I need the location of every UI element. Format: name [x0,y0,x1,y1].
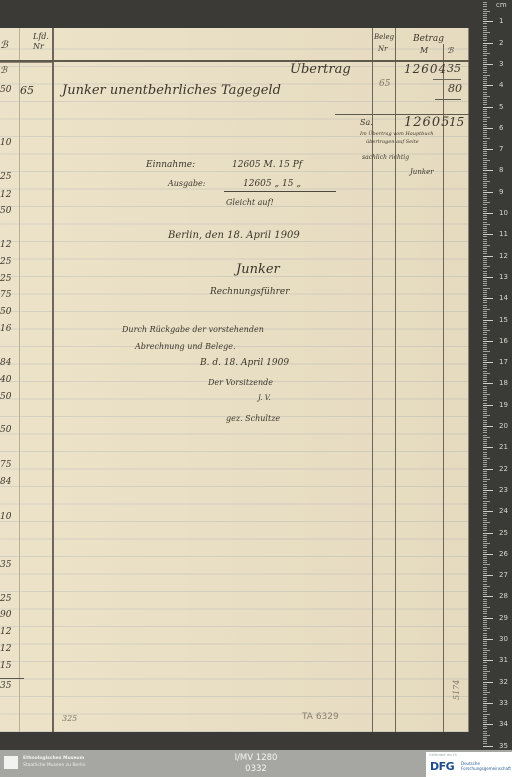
ruler-minor-tick [483,607,490,608]
ruler-label: 8 [499,166,503,174]
ruler-minor-tick [483,586,490,587]
ruler-minor-tick [483,594,487,595]
ruler-minor-tick [483,484,487,485]
ruler-minor-tick [483,613,487,614]
ruler-minor-tick [483,334,487,335]
ruler-minor-tick [483,541,487,542]
ruler-minor-tick [483,411,487,412]
summary-underline [224,191,336,192]
ruler-minor-tick [483,626,487,627]
ruler-minor-tick [483,315,487,316]
ruler-minor-tick [483,166,487,167]
ruler-minor-tick [483,151,487,152]
ruler-minor-tick [483,209,487,210]
ruler-minor-tick [483,126,487,127]
ruler-minor-tick [483,354,487,355]
ruler-tick [483,128,493,129]
ruler-minor-tick [483,430,487,431]
ruler-minor-tick [483,552,487,553]
ruler-minor-tick [483,309,490,310]
ruler-minor-tick [483,89,487,90]
ruler-minor-tick [483,164,487,165]
ruler-label: 4 [499,81,503,89]
ruler-minor-tick [483,300,487,301]
ruler-minor-tick [483,373,490,374]
ruler-minor-tick [483,477,487,478]
margin-value: 25 [0,594,11,604]
ruler-minor-tick [483,505,487,506]
ruler-minor-tick [483,558,487,559]
ruler-minor-tick [483,243,487,244]
ruler-minor-tick [483,288,490,289]
ruler-minor-tick [483,654,487,655]
left-col-header: ℬ [0,40,8,51]
ruler-minor-tick [483,175,487,176]
ruler-minor-tick [483,130,487,131]
ruler-tick [483,234,493,235]
ruler-tick [483,426,493,427]
margin-value: 10 [0,138,11,148]
ruler-minor-tick [483,437,490,438]
ruler-minor-tick [483,454,487,455]
ruler-minor-tick [483,432,487,433]
ruler-minor-tick [483,153,487,154]
ruler-minor-tick [483,677,487,678]
ruler-minor-tick [483,60,487,61]
ruler-tick [483,618,493,619]
ruler-label: 6 [499,124,503,132]
ruler-minor-tick [483,211,487,212]
ruler-minor-tick [483,494,487,495]
ruler-minor-tick [483,345,487,346]
uebertrag-mark: 12604 [404,62,447,76]
ruler-minor-tick [483,356,487,357]
ruler-minor-tick [483,155,487,156]
ruler-minor-tick [483,117,490,118]
ruler-minor-tick [483,573,487,574]
ruler-minor-tick [483,671,490,672]
ruler-minor-tick [483,247,487,248]
ruler-minor-tick [483,271,487,272]
ruler-minor-tick [483,486,487,487]
ruler-minor-tick [483,360,487,361]
margin-total: 35 [0,681,11,691]
betrag-column-header: Betrag [413,34,444,44]
ruler-minor-tick [483,290,487,291]
margin-value: 50 [0,425,11,435]
margin-value: 12 [0,644,11,654]
ruler-label: 24 [499,507,508,515]
ruler-minor-tick [483,439,487,440]
ruler-minor-tick [483,241,487,242]
ruler-minor-tick [483,68,487,69]
ruler-minor-tick [483,251,487,252]
ruler-minor-tick [483,19,487,20]
ruler-minor-tick [483,260,487,261]
summary-date-line: Berlin, den 18. April 1909 [168,230,300,241]
ruler-minor-tick [483,415,490,416]
uebertrag-underline [433,79,461,80]
ruler-minor-tick [483,111,487,112]
ruler-label: 20 [499,422,508,430]
inventory-stamp: TA 6329 [302,712,339,722]
ruler-minor-tick [483,577,487,578]
ruler-minor-tick [483,377,487,378]
ruler-minor-tick [483,232,487,233]
ruler-minor-tick [483,562,487,563]
ruler-minor-tick [483,375,487,376]
ruler-minor-tick [483,224,490,225]
ruler-minor-tick [483,528,487,529]
summary-expense-label: Ausgabe: [168,179,205,188]
ruler-minor-tick [483,134,487,135]
ruler-minor-tick [483,386,487,387]
ruler-minor-tick [483,49,487,50]
mark-column-header: M [420,46,428,55]
ruler-minor-tick [483,609,487,610]
ruler-label: 13 [499,273,508,281]
ruler-minor-tick [483,281,487,282]
ruler-tick [483,554,493,555]
ruler-tick [483,277,493,278]
ruler-minor-tick [483,624,487,625]
ruler-minor-tick [483,428,487,429]
ruler-minor-tick [483,66,487,67]
ruler-minor-tick [483,392,487,393]
ruler-tick [483,596,493,597]
ruler-minor-tick [483,407,487,408]
ruler-minor-tick [483,102,487,103]
total-pf: 15 [449,115,464,129]
ruler-tick [483,533,493,534]
ruler-minor-tick [483,326,487,327]
ruler-tick [483,362,493,363]
ruler-minor-tick [483,330,490,331]
ruler-minor-tick [483,711,487,712]
margin-value: 35 [0,560,11,570]
ruler-tick [483,170,493,171]
ruler-minor-tick [483,443,487,444]
ruler-label: 9 [499,188,503,196]
margin-value: 90 [0,610,11,620]
ruler-minor-tick [483,92,487,93]
margin-value: 50 [0,392,11,402]
ruler-label: 5 [499,103,503,111]
ruler-minor-tick [483,643,487,644]
ruler-minor-tick [483,30,487,31]
ruler-minor-tick [483,652,487,653]
entry-pf: 80 [448,82,462,95]
ruler-minor-tick [483,733,487,734]
ruler-minor-tick [483,637,487,638]
margin-value: 40 [0,375,11,385]
ruler-tick [483,490,493,491]
ruler-minor-tick [483,366,487,367]
ruler-minor-tick [483,601,487,602]
dfg-name: Deutsche Forschungsgemeinschaft [461,761,511,771]
ruler-minor-tick [483,481,487,482]
ruler-minor-tick [483,185,487,186]
ruler-minor-tick [483,441,487,442]
ruler-minor-tick [483,409,487,410]
ruler-minor-tick [483,4,487,5]
ruler-minor-tick [483,650,490,651]
ruler-minor-tick [483,113,487,114]
ruler-minor-tick [483,294,487,295]
ruler-minor-tick [483,339,487,340]
ruler-minor-tick [483,535,487,536]
ruler-minor-tick [483,328,487,329]
margin-value: 12 [0,627,11,637]
ruler-minor-tick [483,311,487,312]
ruler-label: 15 [499,316,508,324]
ruler-minor-tick [483,249,487,250]
ruler-minor-tick [483,262,487,263]
margin-value: 25 [0,257,11,267]
ruler-minor-tick [483,635,487,636]
ruler-minor-tick [483,590,487,591]
ruler-label: 21 [499,443,508,451]
ruler-minor-tick [483,47,487,48]
beleg-column-header: Beleg [374,33,394,41]
ruler-tick [483,383,493,384]
ruler-minor-tick [483,692,490,693]
ruler-minor-tick [483,662,487,663]
ruler-minor-tick [483,592,487,593]
page-edge [468,28,469,732]
page-number: 325 [62,714,77,723]
ruler-minor-tick [483,390,487,391]
ruler-minor-tick [483,196,487,197]
ruler-minor-tick [483,75,490,76]
ruler-label: 30 [499,635,508,643]
ruler-minor-tick [483,741,487,742]
ruler-minor-tick [483,686,487,687]
ruler-minor-tick [483,560,487,561]
ruler-minor-tick [483,2,487,3]
ruler-minor-tick [483,539,487,540]
right-note-2: übertragen auf Seite [366,139,419,145]
dfg-logo: Gefördert durch DFG Deutsche Forschungsg… [426,752,512,777]
summary-signature-title: Rechnungsführer [210,287,290,297]
ruler-minor-tick [483,564,490,565]
ruler-minor-tick [483,707,487,708]
ruler-minor-tick [483,417,487,418]
ruler-label: 19 [499,401,508,409]
approval-line-6: gez. Schultze [226,414,280,423]
ruler-minor-tick [483,279,487,280]
ruler-minor-tick [483,143,487,144]
margin-value: 75 [0,460,11,470]
nr-column-rule [52,28,54,732]
ruler-tick [483,703,493,704]
ruler-minor-tick [483,100,487,101]
approval-line-4: Der Vorsitzende [208,378,273,387]
ruler-minor-tick [483,605,487,606]
ruler-minor-tick [483,530,487,531]
pf-column-header: ℬ [447,46,453,55]
ruler-tick [483,746,493,747]
ruler-minor-tick [483,622,487,623]
ruler-minor-tick [483,452,487,453]
ruler-minor-tick [483,603,487,604]
ruler-tick [483,575,493,576]
margin-value: 15 [0,661,11,671]
dfg-name-line2: Forschungsgemeinschaft [461,766,511,771]
ruler-minor-tick [483,684,487,685]
ruler-minor-tick [483,138,490,139]
approval-line-3: B. d. 18. April 1909 [200,358,289,368]
ruler-minor-tick [483,26,487,27]
ruler-label: 17 [499,358,508,366]
ruler-minor-tick [483,266,490,267]
uebertrag-label: Übertrag [290,62,351,77]
ruler-minor-tick [483,579,487,580]
margin-value: ℬ [0,66,7,76]
ruler-label: 3 [499,60,503,68]
entry-text: Junker unentbehrliches Tagegeld [62,83,281,98]
ruler-label: 16 [499,337,508,345]
ruler-minor-tick [483,62,487,63]
ruler-minor-tick [483,72,487,73]
ruler-minor-tick [483,273,487,274]
ruler-label: 26 [499,550,508,558]
header-rule [0,60,469,62]
ruler-tick [483,85,493,86]
ruler-minor-tick [483,462,487,463]
right-note-signature: Junker [410,168,434,176]
ruler-minor-tick [483,351,490,352]
margin-value: 25 [0,274,11,284]
right-note-3: sachlich richtig [362,154,409,161]
ruler-label: 22 [499,465,508,473]
ruler-tick [483,469,493,470]
ruler-minor-tick [483,488,487,489]
dfg-mark: DFG [430,760,454,773]
ruler-minor-tick [483,77,487,78]
ruler-minor-tick [483,571,487,572]
ruler-unit: cm [496,1,507,9]
ruler-tick [483,660,493,661]
ruler-tick [483,21,493,22]
ruler-minor-tick [483,58,487,59]
margin-value: 75 [0,290,11,300]
ruler-minor-tick [483,371,487,372]
ruler-minor-tick [483,449,487,450]
ruler-minor-tick [483,665,487,666]
pencil-note: 5174 [452,680,461,700]
ruler-minor-tick [483,302,487,303]
approval-line-5: J. V. [258,394,271,402]
ruler-minor-tick [483,36,487,37]
ruler-minor-tick [483,364,487,365]
ruler-minor-tick [483,136,487,137]
ruler-minor-tick [483,230,487,231]
ruler-minor-tick [483,396,487,397]
ruler-minor-tick [483,283,487,284]
ruler-minor-tick [483,292,487,293]
ruler-minor-tick [483,473,487,474]
ruler-minor-tick [483,633,487,634]
ruler-tick [483,107,493,108]
margin-value: 84 [0,358,11,368]
ruler-minor-tick [483,215,487,216]
ruler-minor-tick [483,239,487,240]
ruler-minor-tick [483,275,487,276]
ruler-minor-tick [483,705,487,706]
ruler-minor-tick [483,464,487,465]
ruler-minor-tick [483,6,487,7]
ruler-minor-tick [483,23,487,24]
right-note-1: Im Übertrag vom Hauptbuch [360,131,434,137]
ruler-minor-tick [483,119,487,120]
ruler-minor-tick [483,697,487,698]
ruler-minor-tick [483,313,487,314]
ruler-minor-tick [483,109,487,110]
ruler-minor-tick [483,162,487,163]
ruler-minor-tick [483,675,487,676]
ruler-minor-tick [483,177,487,178]
ruler-minor-tick [483,728,487,729]
ruler-minor-tick [483,305,487,306]
ruler-minor-tick [483,15,487,16]
approval-line-2: Abrechnung und Belege. [135,342,235,351]
margin-value: 10 [0,512,11,522]
ruler-minor-tick [483,518,487,519]
ruler-label: 27 [499,571,508,579]
ruler-tick [483,405,493,406]
ruler-minor-tick [483,168,487,169]
ruler-minor-tick [483,694,487,695]
ruler-minor-tick [483,285,487,286]
ruler-tick [483,682,493,683]
ruler-minor-tick [483,581,487,582]
ruler-minor-tick [483,714,490,715]
ruler-minor-tick [483,550,487,551]
ruler-minor-tick [483,28,487,29]
ruler-minor-tick [483,526,487,527]
ruler-label: 28 [499,592,508,600]
margin-value: 16 [0,324,11,334]
ruler-minor-tick [483,160,490,161]
ruler-minor-tick [483,204,487,205]
summary-income-value: 12605 M. 15 Pf [232,160,302,170]
ruler-tick [483,341,493,342]
ruler-minor-tick [483,45,487,46]
ruler-minor-tick [483,515,487,516]
ruler-tick [483,149,493,150]
summary-expense-value: 12605 „ 15 „ [243,179,301,189]
ruler-minor-tick [483,202,490,203]
ruler-minor-tick [483,720,487,721]
ruler-minor-tick [483,496,487,497]
ruler-minor-tick [483,628,490,629]
ruler-minor-tick [483,435,487,436]
ruler-minor-tick [483,645,487,646]
ruler-minor-tick [483,718,487,719]
ruler-minor-tick [483,115,487,116]
ruler-minor-tick [483,32,490,33]
margin-value: 50 [0,85,11,95]
ruler-minor-tick [483,641,487,642]
ruler-minor-tick [483,731,487,732]
ruler-label: 25 [499,529,508,537]
total-mark: 12605 [404,115,450,130]
ruler-minor-tick [483,690,487,691]
ruler-minor-tick [483,228,487,229]
ruler-minor-tick [483,200,487,201]
ruler-minor-tick [483,556,487,557]
